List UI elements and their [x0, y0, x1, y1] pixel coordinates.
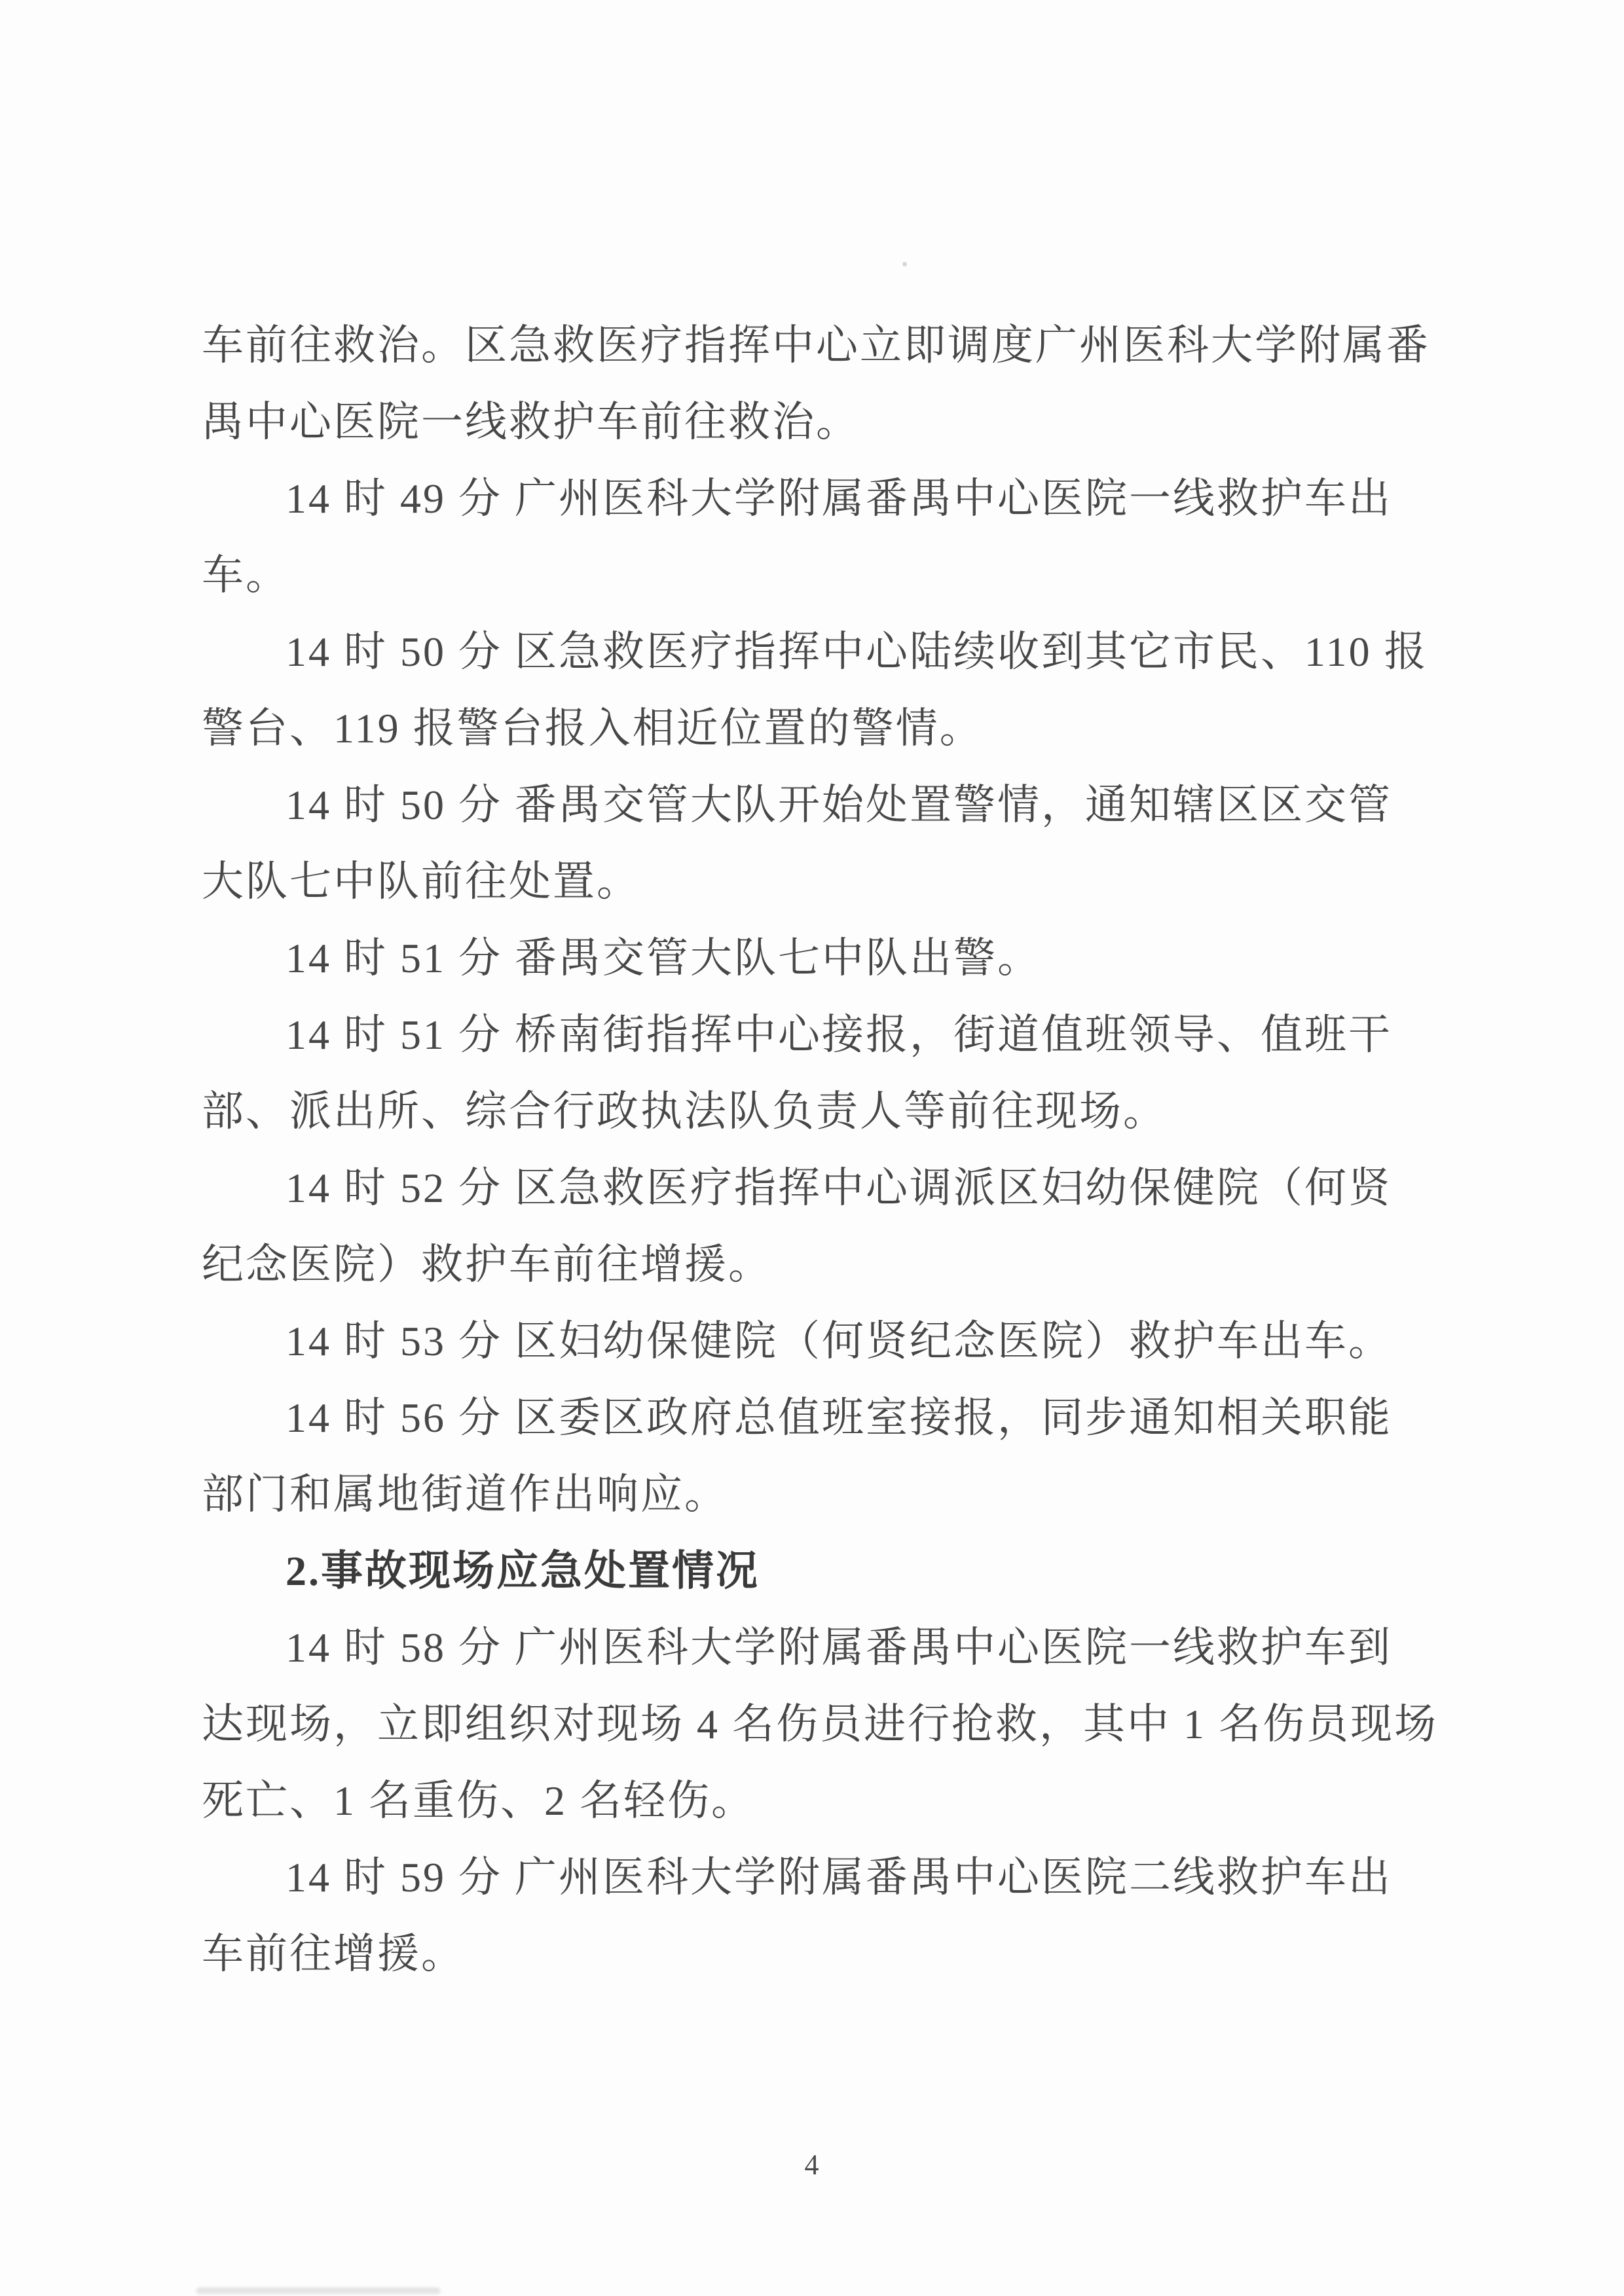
text-line: 14 时 50 分 区急救医疗指挥中心陆续收到其它市民、110 报 [202, 613, 1433, 690]
text-line: 14 时 52 分 区急救医疗指挥中心调派区妇幼保健院（何贤 [202, 1150, 1433, 1226]
text-line: 14 时 56 分 区委区政府总值班室接报，同步通知相关职能 [202, 1379, 1433, 1456]
text-line: 14 时 51 分 番禺交管大队七中队出警。 [202, 920, 1433, 996]
text-line: 纪念医院）救护车前往增援。 [202, 1226, 1433, 1303]
text-line: 达现场，立即组织对现场 4 名伤员进行抢救，其中 1 名伤员现场 [202, 1686, 1433, 1762]
scan-smudge-artifact [196, 2287, 440, 2294]
text-line: 14 时 50 分 番禺交管大队开始处置警情，通知辖区区交管 [202, 767, 1433, 843]
text-line: 死亡、1 名重伤、2 名轻伤。 [202, 1762, 1433, 1839]
text-line: 14 时 53 分 区妇幼保健院（何贤纪念医院）救护车出车。 [202, 1303, 1433, 1379]
text-line: 车前往救治。区急救医疗指挥中心立即调度广州医科大学附属番 [202, 307, 1433, 384]
document-page: 车前往救治。区急救医疗指挥中心立即调度广州医科大学附属番禺中心医院一线救护车前往… [0, 0, 1624, 2296]
text-line: 大队七中队前往处置。 [202, 843, 1433, 920]
text-line: 车。 [202, 537, 1433, 613]
text-line: 14 时 58 分 广州医科大学附属番禺中心医院一线救护车到 [202, 1609, 1433, 1686]
scan-speck-artifact [902, 262, 907, 266]
text-line: 禺中心医院一线救护车前往救治。 [202, 384, 1433, 460]
text-line: 部、派出所、综合行政执法队负责人等前往现场。 [202, 1073, 1433, 1150]
text-line: 14 时 49 分 广州医科大学附属番禺中心医院一线救护车出 [202, 460, 1433, 537]
page-number: 4 [0, 2148, 1624, 2181]
text-line: 14 时 51 分 桥南街指挥中心接报，街道值班领导、值班干 [202, 996, 1433, 1073]
text-line: 部门和属地街道作出响应。 [202, 1456, 1433, 1533]
document-body: 车前往救治。区急救医疗指挥中心立即调度广州医科大学附属番禺中心医院一线救护车前往… [202, 307, 1433, 1992]
text-line: 14 时 59 分 广州医科大学附属番禺中心医院二线救护车出 [202, 1839, 1433, 1916]
section-heading: 2.事故现场应急处置情况 [202, 1533, 1433, 1609]
text-line: 警台、119 报警台报入相近位置的警情。 [202, 690, 1433, 767]
text-line: 车前往增援。 [202, 1916, 1433, 1992]
